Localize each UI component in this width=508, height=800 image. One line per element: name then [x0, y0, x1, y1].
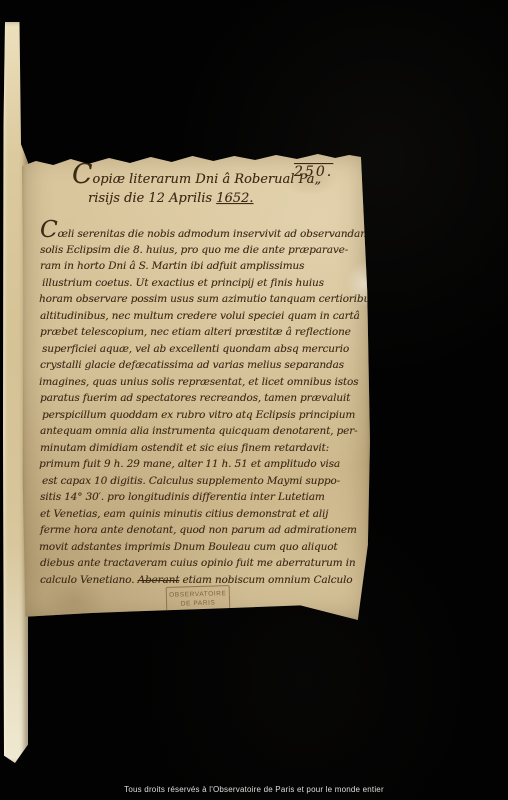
last-line-suffix: etiam nobiscum omnium Calculo [179, 574, 352, 586]
manuscript-line: perspicillum quoddam ex rubro vitro atq … [42, 407, 366, 424]
manuscript-line: diebus ante tractaveram cuius opinio fui… [40, 555, 366, 572]
last-line-prefix: calculo Venetiano. [40, 574, 138, 586]
observatoire-stamp: OBSERVATOIRE DE PARIS [166, 585, 231, 614]
heading-date: 1652. [216, 191, 253, 206]
manuscript-line: præbet telescopium, nec etiam alteri præ… [40, 324, 366, 341]
archive-number: 250. [294, 164, 333, 180]
manuscript-page: Copiæ literarum Dni â Roberual Pa„ 250. … [22, 150, 370, 620]
stamp-line-2: DE PARIS [181, 599, 216, 608]
manuscript-line: sitis 14° 30′. pro longitudinis differen… [40, 489, 366, 506]
manuscript-line: Cœli serenitas die nobis admodum inservi… [40, 225, 366, 242]
struck-word: Aberant [138, 574, 180, 586]
manuscript-line: horam observare possim usus sum azimutio… [39, 291, 366, 308]
manuscript-line: primum fuit 9 h. 29 mane, alter 11 h. 51… [39, 456, 366, 473]
manuscript-line: minutam dimidiam ostendit et sic eius fi… [40, 440, 366, 457]
manuscript-line: crystalli glacie defæcatissima ad varias… [40, 357, 366, 374]
manuscript-line: altitudinibus, nec multum credere volui … [40, 308, 366, 325]
manuscript-line: solis Eclipsim die 8. huius, pro quo me … [40, 242, 366, 259]
manuscript-line: superficiei aquæ, vel ab excellenti quon… [42, 341, 366, 358]
manuscript-body: Cœli serenitas die nobis admodum inservi… [40, 225, 366, 588]
manuscript-line: illustrium coetus. Ut exactius et princi… [42, 275, 366, 292]
scan-viewer: Copiæ literarum Dni â Roberual Pa„ 250. … [0, 0, 508, 800]
manuscript-line: imagines, quas unius solis repræsentat, … [39, 374, 366, 391]
heading-line-2: risijs die 12 Aprilis 1652. [88, 191, 253, 206]
manuscript-line: paratus fuerim ad spectatores recreandos… [40, 390, 366, 407]
manuscript-line: et Venetias, eam quinis minutis citius d… [40, 506, 366, 523]
manuscript-line: ram in horto Dni â S. Martin ibi adfuit … [40, 258, 366, 275]
heading-line-1: Copiæ literarum Dni â Roberual Pa„ [72, 168, 321, 187]
copyright-caption: Tous droits réservés à l'Observatoire de… [0, 785, 508, 794]
manuscript-line: ferme hora ante denotant, quod non parum… [40, 522, 366, 539]
manuscript-line: movit adstantes imprimis Dnum Bouleau cu… [39, 539, 366, 556]
heading-line-2-text: risijs die 12 Aprilis [88, 191, 216, 206]
manuscript-line: antequam omnia alia instrumenta quicquam… [40, 423, 366, 440]
manuscript-line: est capax 10 digitis. Calculus supplemen… [42, 473, 366, 490]
